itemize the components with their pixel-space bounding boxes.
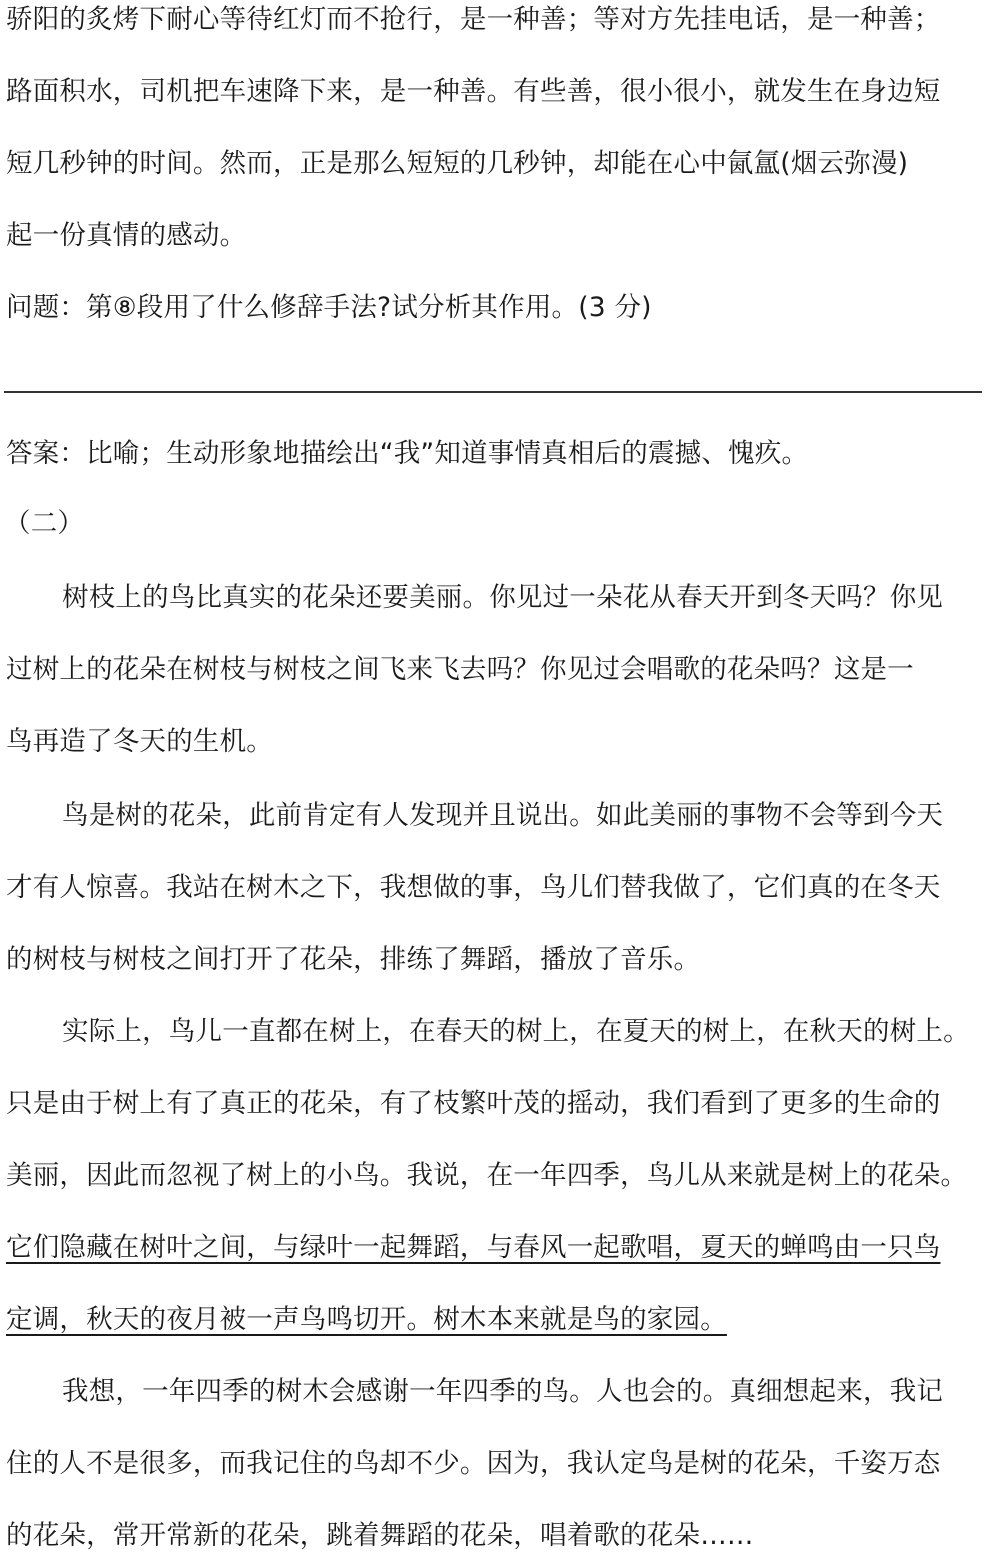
- paragraph-line: 鸟是树的花朵，此前肯定有人发现并且说出。如此美丽的事物不会等到今天: [62, 796, 943, 836]
- passage-line: 起一份真情的感动。: [6, 216, 246, 256]
- passage-line: 短几秒钟的时间。然而，正是那么短短的几秒钟，却能在心中氤氲(烟云弥漫): [6, 144, 908, 184]
- underlined-line: 定调，秋天的夜月被一声鸟鸣切开。树木本来就是鸟的家园。: [6, 1300, 727, 1340]
- paragraph-line: 只是由于树上有了真正的花朵，有了枝繁叶茂的摇动，我们看到了更多的生命的: [6, 1084, 941, 1124]
- paragraph-line: 住的人不是很多，而我记住的鸟却不少。因为，我认定鸟是树的花朵，千姿万态: [6, 1444, 941, 1484]
- paragraph-line: 我想，一年四季的树木会感谢一年四季的鸟。人也会的。真细想起来，我记: [62, 1372, 943, 1412]
- answer-text: 答案：比喻；生动形象地描绘出“我”知道事情真相后的震撼、愧疚。: [6, 434, 808, 474]
- paragraph-line: 实际上，鸟儿一直都在树上，在春天的树上，在夏天的树上，在秋天的树上。: [62, 1012, 970, 1052]
- paragraph-line: 树枝上的鸟比真实的花朵还要美丽。你见过一朵花从春天开到冬天吗？你见: [62, 578, 943, 618]
- paragraph-line: 的树枝与树枝之间打开了花朵，排练了舞蹈，播放了音乐。: [6, 940, 700, 980]
- passage-line: 路面积水，司机把车速降下来，是一种善。有些善，很小很小，就发生在身边短: [6, 72, 941, 112]
- section-heading: （二）: [4, 504, 84, 544]
- paragraph-line: 鸟再造了冬天的生机。: [6, 722, 273, 762]
- paragraph-line: 过树上的花朵在树枝与树枝之间飞来飞去吗？你见过会唱歌的花朵吗？这是一: [6, 650, 914, 690]
- answer-blank-line: [4, 391, 982, 393]
- underlined-line: 它们隐藏在树叶之间，与绿叶一起舞蹈，与春风一起歌唱，夏天的蝉鸣由一只鸟: [6, 1228, 941, 1268]
- paragraph-line: 美丽，因此而忽视了树上的小鸟。我说，在一年四季，鸟儿从来就是树上的花朵。: [6, 1156, 967, 1196]
- paragraph-line: 的花朵，常开常新的花朵，跳着舞蹈的花朵，唱着歌的花朵……: [6, 1516, 754, 1554]
- passage-line: 骄阳的炙烤下耐心等待红灯而不抢行，是一种善；等对方先挂电话，是一种善；: [6, 0, 941, 40]
- paragraph-line: 才有人惊喜。我站在树木之下，我想做的事，鸟儿们替我做了，它们真的在冬天: [6, 868, 941, 908]
- question-text: 问题：第⑧段用了什么修辞手法?试分析其作用。(3 分): [6, 288, 652, 328]
